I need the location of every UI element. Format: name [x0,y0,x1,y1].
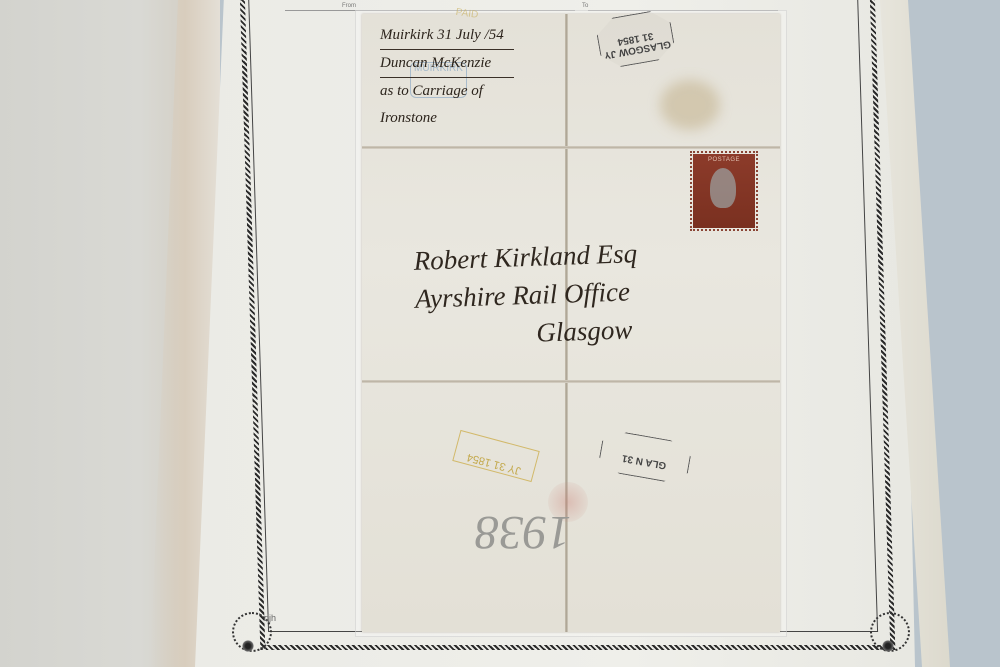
stamp-label: POSTAGE [693,157,755,163]
docket-note: Muirkirk 31 July /54 Duncan McKenzie as … [380,22,514,132]
page-initials: djh [264,613,276,623]
docket-line: Muirkirk 31 July /54 [380,22,514,50]
docket-line: Duncan McKenzie [380,50,514,78]
docket-line: as to Carriage of [380,78,514,105]
pencil-note: 1938 [475,505,571,560]
rosette-icon [242,640,254,652]
rosette-icon [882,640,894,652]
address-block: Robert Kirkland Esq Ayrshire Rail Office… [413,234,640,356]
penny-red-stamp: POSTAGE [693,154,755,228]
fold-horizontal [362,146,780,149]
foxing-stain [660,80,720,130]
fold-horizontal [362,380,780,383]
photo-scene: From To djh PAID MUIRKIRK Muirkirk 31 Ju… [0,0,1000,667]
queen-head-icon [710,168,736,208]
docket-line: Ironstone [380,105,514,132]
address-line: Glasgow [416,310,641,356]
